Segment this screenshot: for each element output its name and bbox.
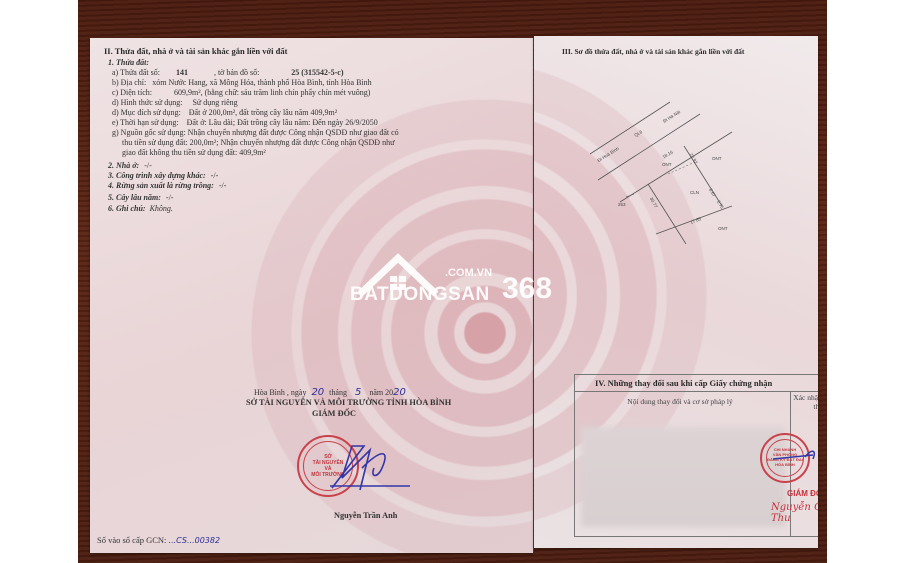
signature-mark — [312, 438, 412, 498]
perennial-trees-row: 5. Cây lâu năm: -/- — [108, 193, 173, 202]
section-iii-title: III. Sơ đồ thửa đất, nhà ở và tài sản kh… — [562, 47, 744, 56]
issue-year: 20 — [393, 387, 406, 398]
other-construction-value: -/- — [211, 171, 219, 180]
watermark-number: 368 — [502, 272, 552, 306]
registry-row: Số vào sổ cấp GCN: ...CS...00382 — [97, 535, 220, 545]
note-value: Không. — [150, 204, 173, 213]
parcel-number-row: a) Thửa đất số: 141 , tờ bản đồ số: 25 (… — [112, 68, 344, 77]
changes-table: IV. Những thay đổi sau khi cấp Giấy chứn… — [574, 374, 818, 537]
issue-date-line: Hòa Bình , ngày 20 tháng 5 năm 2020 — [254, 387, 406, 398]
land-code: ONT — [712, 156, 722, 161]
neighbor-parcel-number: 253 — [618, 202, 626, 207]
signature-mark — [765, 435, 818, 475]
right-page: III. Sơ đồ thửa đất, nhà ở và tài sản kh… — [534, 36, 818, 548]
origin-line-2: thu tiền sử dụng đất: 200,0m²; Nhận chuy… — [122, 138, 394, 147]
land-code: ONT — [662, 162, 672, 167]
confirmation-position: GIÁM ĐỐC — [787, 489, 818, 498]
usage-term-row: e) Thời hạn sử dụng: Đất ở: Lâu dài; Đất… — [112, 118, 378, 127]
area-label: c) Diện tích: — [112, 88, 152, 97]
registry-number: ...CS...00382 — [169, 536, 221, 545]
authority-position: GIÁM ĐỐC — [312, 409, 356, 418]
changes-table-title: IV. Những thay đổi sau khi cấp Giấy chứn… — [575, 375, 818, 392]
changes-column-content: Nội dung thay đổi và cơ sở pháp lý — [585, 397, 775, 406]
parcel-heading: 1. Thửa đất: — [108, 58, 149, 67]
production-forest-row: 4. Rừng sản xuất là rừng trồng: -/- — [108, 181, 226, 190]
watermark-brand: BATDONGSAN — [350, 284, 490, 306]
section-ii-title: II. Thửa đất, nhà ở và tài sản khác gắn … — [104, 46, 287, 56]
issuing-authority: SỞ TÀI NGUYÊN VÀ MÔI TRƯỜNG TỈNH HÒA BÌN… — [246, 398, 451, 407]
area-value: 609,9m², (bằng chữ: sáu trăm linh chín p… — [174, 88, 370, 97]
land-code: ONT — [718, 226, 728, 231]
usage-purpose-label: d) Mục đích sử dụng: — [112, 108, 181, 117]
map-sheet-label: , tờ bản đồ số: — [214, 68, 259, 77]
usage-term-label: e) Thời hạn sử dụng: — [112, 118, 179, 127]
issue-month: 5 — [355, 387, 361, 398]
watermark-logo: .COM.VN BATDONGSAN 368 — [350, 252, 560, 312]
usage-form-value: Sử dụng riêng — [192, 98, 237, 107]
year-label: năm 20 — [369, 388, 393, 397]
confirmation-signer: Nguyễn Quang Thu — [771, 502, 818, 524]
note-label: 6. Ghi chú: — [108, 204, 146, 213]
origin-line-3: giao đất không thu tiền sử dụng đất: 409… — [122, 148, 266, 157]
month-label: tháng — [329, 388, 347, 397]
address-value: xóm Nước Hang, xã Mông Hóa, thành phố Hò… — [152, 78, 371, 87]
origin-line-1: g) Nguồn gốc sử dụng: Nhận chuyển nhượng… — [112, 128, 399, 137]
production-forest-value: -/- — [219, 181, 227, 190]
parcel-diagram: Đi Hoà Bình QL6 Đi Hà Nội 18.16 22.92 8.… — [590, 94, 750, 244]
redacted-area — [581, 427, 786, 527]
usage-form-row: d) Hình thức sử dụng: Sử dụng riêng — [112, 98, 238, 107]
other-construction-row: 3. Công trình xây dựng khác: -/- — [108, 171, 218, 180]
usage-term-value: Đất ở: Lâu dài; Đất trồng cây lâu năm: Đ… — [187, 118, 378, 127]
other-construction-label: 3. Công trình xây dựng khác: — [108, 171, 206, 180]
usage-form-label: d) Hình thức sử dụng: — [112, 98, 182, 107]
production-forest-label: 4. Rừng sản xuất là rừng trồng: — [108, 181, 214, 190]
watermark-domain: .COM.VN — [445, 267, 492, 279]
address-row: b) Địa chỉ: xóm Nước Hang, xã Mông Hóa, … — [112, 78, 372, 87]
changes-column-confirmation: Xác nhận của cơ quan có thẩm quyền — [793, 393, 818, 411]
perennial-trees-value: -/- — [166, 193, 174, 202]
issue-place: Hòa Bình , ngày — [254, 388, 306, 397]
signer-name: Nguyễn Trần Anh — [334, 511, 397, 520]
parcel-number-label: a) Thửa đất số: — [112, 68, 160, 77]
perennial-trees-label: 5. Cây lâu năm: — [108, 193, 161, 202]
registry-label: Số vào sổ cấp GCN: — [97, 535, 166, 545]
land-code: CLN — [690, 190, 699, 195]
usage-purpose-row: d) Mục đích sử dụng: Đất ở 200,0m², đất … — [112, 108, 337, 117]
house-label: 2. Nhà ở: — [108, 161, 139, 170]
house-row: 2. Nhà ở: -/- — [108, 161, 152, 170]
house-value: -/- — [144, 161, 152, 170]
issue-day: 20 — [311, 387, 324, 398]
note-row: 6. Ghi chú: Không. — [108, 204, 173, 213]
area-row: c) Diện tích: 609,9m², (bằng chữ: sáu tr… — [112, 88, 370, 97]
parcel-number: 141 — [176, 68, 188, 77]
map-sheet-number: 25 (315542-5-c) — [291, 68, 343, 77]
usage-purpose-value: Đất ở 200,0m², đất trồng cây lâu năm 409… — [189, 108, 337, 117]
address-label: b) Địa chỉ: — [112, 78, 146, 87]
